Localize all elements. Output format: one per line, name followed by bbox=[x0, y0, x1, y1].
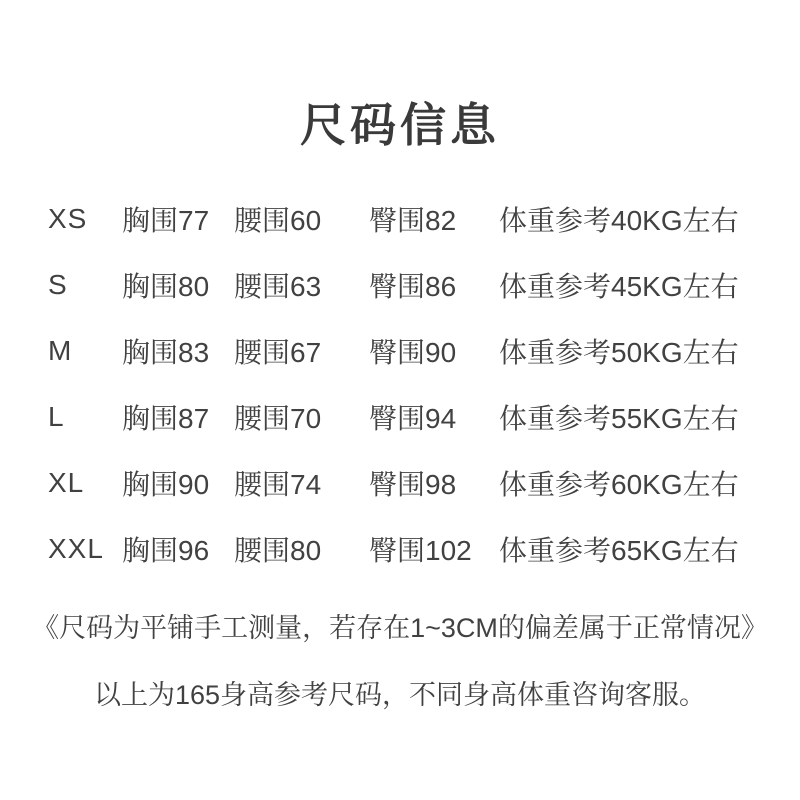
size-table-row: L 胸围87 腰围70 臀围94 体重参考55KG左右 bbox=[0, 384, 800, 450]
weight-reference: 体重参考45KG左右 bbox=[499, 265, 800, 305]
size-label: M bbox=[48, 335, 122, 367]
hip-measurement: 臀围86 bbox=[369, 265, 499, 305]
waist-measurement: 腰围74 bbox=[234, 463, 369, 503]
size-label: L bbox=[48, 401, 122, 433]
weight-reference: 体重参考55KG左右 bbox=[499, 397, 800, 437]
height-reference-note: 以上为165身高参考尺码，不同身高体重咨询客服。 bbox=[0, 675, 800, 715]
page-title: 尺码信息 bbox=[0, 0, 800, 155]
hip-measurement: 臀围102 bbox=[369, 529, 499, 569]
size-table-row: S 胸围80 腰围63 臀围86 体重参考45KG左右 bbox=[0, 252, 800, 318]
size-label: S bbox=[48, 269, 122, 301]
notes-section: 《尺码为平铺手工测量，若存在1~3CM的偏差属于正常情况》 以上为165身高参考… bbox=[0, 608, 800, 715]
size-table: XS 胸围77 腰围60 臀围82 体重参考40KG左右 S 胸围80 腰围63… bbox=[0, 186, 800, 582]
size-table-row: XXL 胸围96 腰围80 臀围102 体重参考65KG左右 bbox=[0, 516, 800, 582]
waist-measurement: 腰围70 bbox=[234, 397, 369, 437]
chest-measurement: 胸围77 bbox=[122, 199, 234, 239]
chest-measurement: 胸围83 bbox=[122, 331, 234, 371]
size-label: XS bbox=[48, 203, 122, 235]
size-table-row: M 胸围83 腰围67 臀围90 体重参考50KG左右 bbox=[0, 318, 800, 384]
hip-measurement: 臀围82 bbox=[369, 199, 499, 239]
size-label: XXL bbox=[48, 533, 122, 565]
waist-measurement: 腰围63 bbox=[234, 265, 369, 305]
size-label: XL bbox=[48, 467, 122, 499]
hip-measurement: 臀围98 bbox=[369, 463, 499, 503]
chest-measurement: 胸围90 bbox=[122, 463, 234, 503]
waist-measurement: 腰围67 bbox=[234, 331, 369, 371]
hip-measurement: 臀围90 bbox=[369, 331, 499, 371]
weight-reference: 体重参考65KG左右 bbox=[499, 529, 800, 569]
measurement-tolerance-note: 《尺码为平铺手工测量，若存在1~3CM的偏差属于正常情况》 bbox=[0, 608, 800, 648]
size-table-row: XL 胸围90 腰围74 臀围98 体重参考60KG左右 bbox=[0, 450, 800, 516]
weight-reference: 体重参考60KG左右 bbox=[499, 463, 800, 503]
size-info-page: 尺码信息 XS 胸围77 腰围60 臀围82 体重参考40KG左右 S 胸围80… bbox=[0, 0, 800, 800]
hip-measurement: 臀围94 bbox=[369, 397, 499, 437]
chest-measurement: 胸围80 bbox=[122, 265, 234, 305]
weight-reference: 体重参考40KG左右 bbox=[499, 199, 800, 239]
waist-measurement: 腰围60 bbox=[234, 199, 369, 239]
weight-reference: 体重参考50KG左右 bbox=[499, 331, 800, 371]
waist-measurement: 腰围80 bbox=[234, 529, 369, 569]
size-table-row: XS 胸围77 腰围60 臀围82 体重参考40KG左右 bbox=[0, 186, 800, 252]
chest-measurement: 胸围96 bbox=[122, 529, 234, 569]
chest-measurement: 胸围87 bbox=[122, 397, 234, 437]
